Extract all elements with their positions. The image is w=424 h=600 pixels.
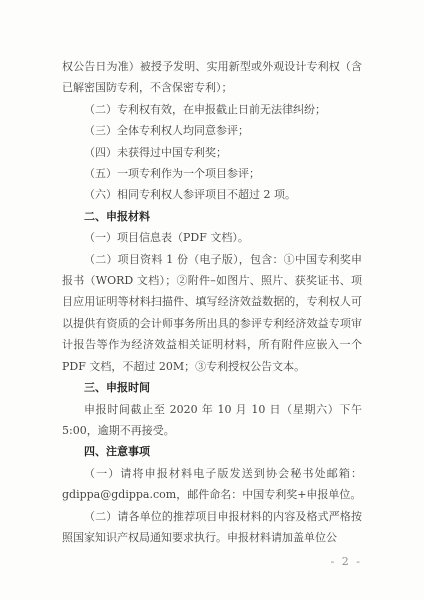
materials-item-2: （二）项目资料 1 份（电子版），包含：①中国专利奖申报书（WORD 文档）；②…: [62, 249, 362, 377]
condition-item-4: （四）未获得过中国专利奖；: [62, 142, 362, 163]
page-number: - 2 -: [331, 555, 362, 568]
materials-item-1: （一）项目信息表（PDF 文档）。: [62, 227, 362, 248]
document-text-block: 权公告日为准）被授予发明、实用新型或外观设计专利权（含已解密国防专利，不含保密专…: [62, 56, 362, 548]
condition-item-2: （二）专利权有效，在申报截止日前无法律纠纷；: [62, 99, 362, 120]
condition-item-6: （六）相同专利权人参评项目不超过 2 项。: [62, 184, 362, 205]
document-page: 权公告日为准）被授予发明、实用新型或外观设计专利权（含已解密国防专利，不含保密专…: [0, 0, 424, 600]
section-heading-materials: 二、申报材料: [62, 206, 362, 227]
section-heading-deadline: 三、申报时间: [62, 377, 362, 398]
section-heading-notes: 四、注意事项: [62, 441, 362, 462]
condition-item-5: （五）一项专利作为一个项目参评；: [62, 163, 362, 184]
notes-item-2: （二）请各单位的推荐项目申报材料的内容及格式严格按照国家知识产权局通知要求执行。…: [62, 506, 362, 549]
notes-item-1: （一）请将申报材料电子版发送到协会秘书处邮箱：gdippa@gdippa.com…: [62, 463, 362, 506]
condition-item-3: （三）全体专利权人均同意参评；: [62, 120, 362, 141]
deadline-paragraph: 申报时间截止至 2020 年 10 月 10 日（星期六）下午 5:00，逾期不…: [62, 399, 362, 442]
paragraph-continuation: 权公告日为准）被授予发明、实用新型或外观设计专利权（含已解密国防专利，不含保密专…: [62, 56, 362, 99]
